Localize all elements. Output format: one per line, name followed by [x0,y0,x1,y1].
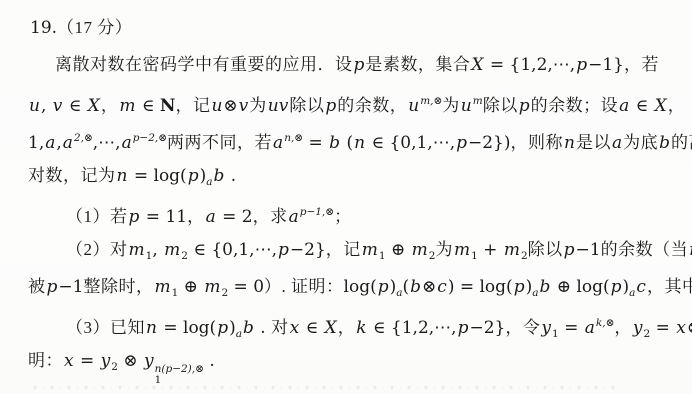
math-variable: c [436,277,448,297]
math-variable: uv [267,96,290,116]
math-variable: y [540,318,552,338]
math-variable: X [87,96,101,116]
math-text: , [56,133,61,153]
cjk-text: ， [338,318,356,337]
math-variable: b [328,133,341,153]
math-variable: p [518,96,531,116]
superscript: p−1,⊗ [300,206,334,218]
math-text: ∈ {1,2,⋯, [368,318,457,338]
cjk-text: ，求 [253,207,288,226]
subscript: 1 [471,250,478,262]
math-text: −1} [588,55,624,75]
math-variable: p [575,55,588,75]
math-text: 1, [28,133,44,153]
cjk-text: 除以 [483,96,518,115]
cjk-text: ，记 [175,96,210,115]
subscript: 1 [552,328,559,340]
superscript: m [473,95,483,107]
text-line-9: （3）已知n = log(p)ab . 对x ∈ X，k ∈ {1,2,⋯,p−… [66,305,692,342]
cjk-text: ，其中 [647,277,692,296]
math-text: ⊕ [178,277,203,297]
math-text: + [478,240,503,260]
math-text: . [204,351,215,371]
math-text: ,⋯, [93,133,121,153]
cjk-text: 为底 [623,133,658,152]
math-text: = {1,2,⋯, [485,55,576,75]
math-text: = [559,318,584,338]
text-line-7: （2）对m1, m2 ∈ {0,1,⋯,p−2}，记m1 ⊕ m2为m1 + m… [66,231,692,268]
math-variable: p [324,96,337,116]
cjk-text: ； [334,207,352,226]
text-line-3: u, v ∈ X，m ∈ N，记u⊗v为uv除以p的余数，um,⊗为um除以p的… [28,83,692,120]
math-variable: y [632,318,644,338]
math-variable: a [272,133,284,153]
subscript: 2 [181,250,188,262]
cjk-text: 是以 [576,133,611,152]
math-text: −2} [290,240,326,260]
math-text: −1 [58,277,83,297]
math-variable: X [470,55,484,75]
math-variable: p [187,166,200,186]
math-text: −1 [576,240,601,260]
cjk-text: 除以 [528,240,563,259]
cjk-text: 对 [271,318,289,337]
math-variable: a [62,133,74,153]
cjk-text: 两两不同，若 [167,133,272,152]
math-variable: x [63,351,75,371]
math-variable: x [289,318,301,338]
text-line-5: 对数，记为n = log(p)ab . [28,157,692,194]
cjk-text: ，则称 [511,133,564,152]
cjk-text: （17 分） [57,18,132,37]
math-text: ⊗ [118,351,143,371]
math-variable: a [611,133,623,153]
math-variable: c [635,277,647,297]
math-variable: m [411,240,429,260]
math-text: . [225,166,236,186]
cjk-text: 为 [442,96,460,115]
math-variable: p [610,277,623,297]
math-variable: m [503,240,521,260]
cjk-text: 离散对数在密码学中有重要的应用．设 [55,55,353,74]
math-variable: a [618,96,630,116]
math-text: ) = log( [448,277,513,297]
cjk-text: ， [614,318,632,337]
text-line-10: 明：x = y2 ⊗ yn(p−2),⊗1 . [28,342,692,379]
math-variable: p [353,55,366,75]
math-text: = log( [128,166,186,186]
math-text: ⊗ [687,318,692,338]
math-text: ∈ [137,96,160,116]
math-variable: b [658,133,671,153]
math-variable: a [584,318,596,338]
cjk-text: 为 [435,240,453,259]
math-variable: y [143,351,155,371]
cjk-text: ， [187,207,205,226]
cjk-text: 的余数（当 [601,240,689,259]
math-variable: X [324,318,338,338]
math-text: −2} [469,318,505,338]
math-variable: p [46,277,59,297]
subscript: 2 [521,250,528,262]
math-variable: x [675,318,687,338]
math-variable: p [216,318,229,338]
math-text: = 11 [140,207,187,227]
math-variable: b [242,318,255,338]
math-variable: n [353,133,366,153]
math-text: ∈ [63,96,86,116]
problem-text: 19.（17 分）离散对数在密码学中有重要的应用．设p是素数，集合X = {1,… [0,9,692,379]
cjk-text: ， [668,96,686,115]
math-variable: m [453,240,471,260]
math-subsup: n(p−2),⊗1 [155,364,204,386]
cjk-text: 对数，记为 [28,166,116,185]
math-variable: u [407,96,420,116]
cjk-text: 的余数， [337,96,407,115]
cjk-text: （3）已知 [66,318,145,337]
math-text: ⊕ log( [551,277,609,297]
math-text: −2}) [468,133,511,153]
math-text: = log( [158,318,216,338]
math-variable: p [377,277,390,297]
math-text: = [303,133,328,153]
math-variable: m [153,277,171,297]
cjk-text: 明： [28,351,63,370]
cjk-text: （2）对 [66,240,128,259]
math-text: 19. [30,18,57,38]
cjk-text: ）. 证明： [264,277,344,296]
cjk-text: 除以 [289,96,324,115]
cjk-text: 是素数，集合 [365,55,470,74]
math-variable: u [210,96,223,116]
cjk-text: ，令 [505,318,540,337]
math-variable: y [100,351,112,371]
text-line-8: 被p−1整除时，m1 ⊕ m2 = 0）. 证明：log(p)a(b⊗c) = … [28,268,692,305]
text-line-6: （1）若p = 11，a = 2，求ap−1,⊗； [66,194,692,231]
subscript: a [206,176,212,188]
math-text: ∈ [630,96,653,116]
math-variable: a [205,207,217,227]
math-variable: n [563,133,576,153]
text-line-1: 19.（17 分） [30,9,692,46]
math-variable: u [460,96,473,116]
math-text: ⊕ [386,240,411,260]
cjk-text: ， [101,96,119,115]
math-variable: n [145,318,158,338]
math-variable: a [44,133,56,153]
math-text: ∈ {0,1,⋯, [366,133,455,153]
subscript: 1 [379,250,386,262]
exam-page: 19.（17 分）离散对数在密码学中有重要的应用．设p是素数，集合X = {1,… [0,0,692,394]
math-text: ⊗ [422,277,436,297]
math-text: = 0 [228,277,264,297]
math-variable: v [52,96,64,116]
math-variable: m [128,240,146,260]
subscript: 2 [111,361,118,373]
math-text: ∈ {0,1,⋯, [188,240,277,260]
math-bold-set: N [160,96,176,116]
cjk-text: （1）若 [66,207,128,226]
superscript: k,⊗ [596,317,615,329]
math-text: , [41,96,52,116]
math-variable: k [355,318,367,338]
math-variable: a [121,133,133,153]
math-variable: p [455,133,468,153]
cjk-text: 整除时， [83,277,153,296]
math-variable: a [288,207,300,227]
math-variable: m [203,277,221,297]
math-variable: p [563,240,576,260]
superscript: n,⊗ [284,132,303,144]
math-variable: X [654,96,668,116]
math-variable: b [409,277,422,297]
math-text: , [152,240,163,260]
math-variable: m [361,240,379,260]
math-variable: m [118,96,136,116]
cjk-text: 为 [249,96,267,115]
math-text: . [255,318,271,338]
math-variable: p [128,207,141,227]
math-variable: m [163,240,181,260]
math-variable: u [28,96,41,116]
cjk-text: 被 [28,277,46,296]
math-text: = 2 [217,207,253,227]
math-variable: b [538,277,551,297]
math-text: ⊗ [223,96,237,116]
text-line-2: 离散对数在密码学中有重要的应用．设p是素数，集合X = {1,2,⋯,p−1}，… [55,46,692,83]
math-text: ∈ [300,318,323,338]
cjk-text: 的余数；设 [531,96,619,115]
cjk-text: 的离散 [671,133,692,152]
cjk-text: ，记 [326,240,361,259]
math-text: = [650,318,675,338]
scan-noise-line [34,386,614,389]
math-text: log( [344,277,377,297]
math-variable: m [688,240,692,260]
text-line-4: 1,a,a2,⊗,⋯,ap−2,⊗两两不同，若an,⊗ = b (n ∈ {0,… [28,120,692,157]
math-variable: n [116,166,129,186]
math-variable: v [238,96,250,116]
math-variable: b [213,166,226,186]
superscript: m,⊗ [420,95,442,107]
math-text: ) [229,318,236,338]
math-text: ( [341,133,353,153]
math-variable: p [513,277,526,297]
cjk-text: ，若 [624,55,659,74]
math-text: = [75,351,100,371]
math-variable: p [457,318,470,338]
superscript: 2,⊗ [74,132,93,144]
math-variable: p [277,240,290,260]
superscript: p−2,⊗ [133,132,167,144]
